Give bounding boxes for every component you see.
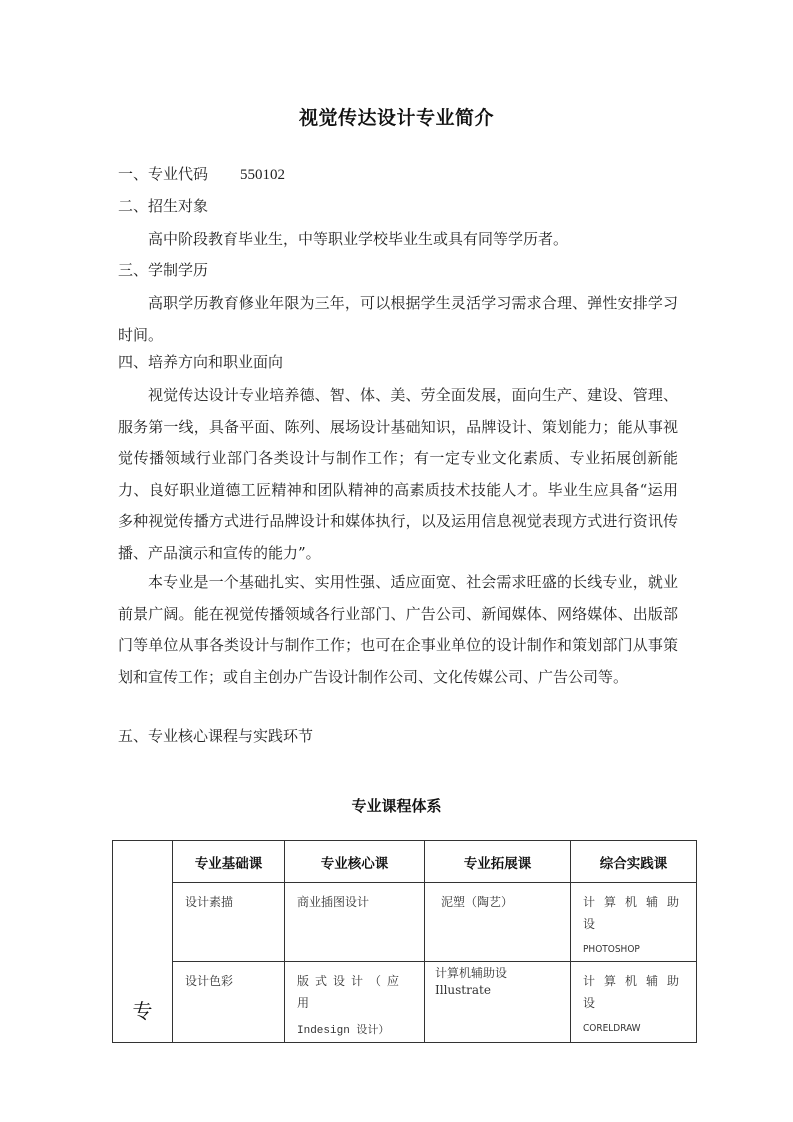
table-cell: 版式设计（应用Indesign 设计） — [285, 962, 425, 1043]
table-cell: 商业插图设计 — [285, 883, 425, 962]
table-cell: 计算机辅助设PHOTOSHOP — [571, 883, 697, 962]
table-cell: 计算机辅助设Illustrate — [425, 962, 571, 1043]
table-cell: 泥塑（陶艺） — [425, 883, 571, 962]
section-heading-orientation: 四、培养方向和职业面向 — [118, 352, 283, 372]
section-major-code: 一、专业代码550102 — [118, 164, 285, 185]
table-row: 设计色彩 版式设计（应用Indesign 设计） 计算机辅助设Illustrat… — [113, 962, 697, 1043]
section-heading-duration: 三、学制学历 — [118, 260, 208, 280]
table-cell: 计算机辅助设CORELDRAW — [571, 962, 697, 1043]
enrollment-paragraph: 高中阶段教育毕业生，中等职业学校毕业生或具有同等学历者。 — [118, 224, 678, 256]
header-practice: 综合实践课 — [571, 841, 697, 883]
section-heading: 一、专业代码 — [118, 165, 208, 183]
section-heading-enrollment: 二、招生对象 — [118, 196, 208, 216]
table-cell: 设计素描 — [173, 883, 285, 962]
section-heading-core-courses: 五、专业核心课程与实践环节 — [118, 726, 313, 746]
major-code-value: 550102 — [240, 167, 285, 183]
header-extension: 专业拓展课 — [425, 841, 571, 883]
curriculum-table: 专 专业基础课 专业核心课 专业拓展课 综合实践课 设计素描 商业插图设计 泥塑… — [112, 840, 697, 1043]
header-core: 专业核心课 — [285, 841, 425, 883]
table-row: 设计素描 商业插图设计 泥塑（陶艺） 计算机辅助设PHOTOSHOP — [113, 883, 697, 962]
table-header-row: 专 专业基础课 专业核心课 专业拓展课 综合实践课 — [113, 841, 697, 883]
document-title: 视觉传达设计专业简介 — [0, 103, 793, 130]
curriculum-title: 专业课程体系 — [0, 795, 793, 816]
side-label-cell: 专 — [113, 841, 173, 1043]
employment-paragraph: 本专业是一个基础扎实、实用性强、适应面宽、社会需求旺盛的长线专业，就业前景广阔。… — [118, 567, 678, 693]
duration-paragraph: 高职学历教育修业年限为三年，可以根据学生灵活学习需求合理、弹性安排学习时间。 — [118, 288, 678, 351]
orientation-paragraph: 视觉传达设计专业培养德、智、体、美、劳全面发展，面向生产、建设、管理、服务第一线… — [118, 380, 678, 569]
table-cell: 设计色彩 — [173, 962, 285, 1043]
header-foundation: 专业基础课 — [173, 841, 285, 883]
